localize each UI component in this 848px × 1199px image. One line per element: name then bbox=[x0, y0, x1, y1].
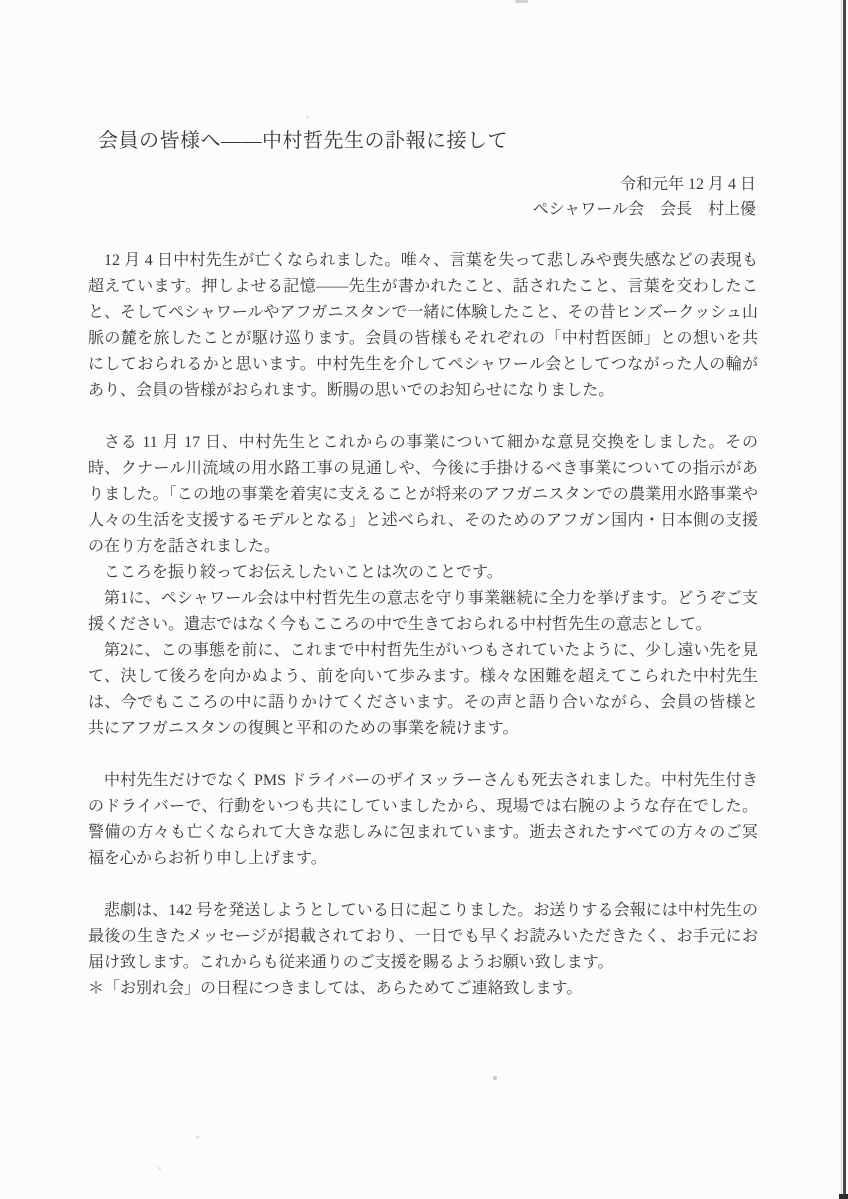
para-driver-condolence: 中村先生だけでなく PMS ドライバーのザイヌッラーさんも死去されました。中村先… bbox=[88, 768, 758, 872]
para-point-2: 第2に、この事態を前に、これまで中村哲先生がいつもされていたように、少し遠い先を… bbox=[88, 638, 758, 742]
scan-corner-artifact bbox=[839, 1194, 848, 1199]
para-appeal-intro: こころを振り絞ってお伝えしたいことは次のことです。 bbox=[88, 560, 758, 586]
letter-meta: 令和元年 12 月 4 日 ペシャワール会 会長 村上優 bbox=[88, 172, 758, 222]
scanned-letter-page: 会員の皆様へ——中村哲先生の訃報に接して 令和元年 12 月 4 日 ペシャワー… bbox=[0, 0, 848, 1199]
para-point-1: 第1に、ペシャワール会は中村哲先生の意志を守り事業継続に全力を挙げます。どうぞご… bbox=[88, 586, 758, 638]
letter-date: 令和元年 12 月 4 日 bbox=[88, 172, 756, 197]
para-death-announcement: 12 月 4 日中村先生が亡くなられました。唯々、言葉を失って悲しみや喪失感など… bbox=[88, 248, 758, 404]
letter-sender: ペシャワール会 会長 村上優 bbox=[88, 197, 756, 222]
scan-speck bbox=[493, 1076, 497, 1080]
scan-edge-artifact bbox=[843, 0, 846, 1199]
scan-speck bbox=[196, 1136, 199, 1139]
para-last-meeting: さる 11 月 17 日、中村先生とこれからの事業について細かな意見交換をしまし… bbox=[88, 430, 758, 560]
para-newsletter: 悲劇は、142 号を発送しようとしている日に起こりました。お送りする会報には中村… bbox=[88, 898, 758, 976]
scan-edge-artifact-light bbox=[841, 0, 842, 1199]
para-farewell-note: ＊「お別れ会」の日程につきましては、あらためてご連絡致します。 bbox=[88, 976, 758, 1002]
scan-speck bbox=[158, 1167, 161, 1170]
letter-content: 会員の皆様へ——中村哲先生の訃報に接して 令和元年 12 月 4 日 ペシャワー… bbox=[88, 0, 758, 1002]
letter-title: 会員の皆様へ——中村哲先生の訃報に接して bbox=[98, 126, 758, 156]
